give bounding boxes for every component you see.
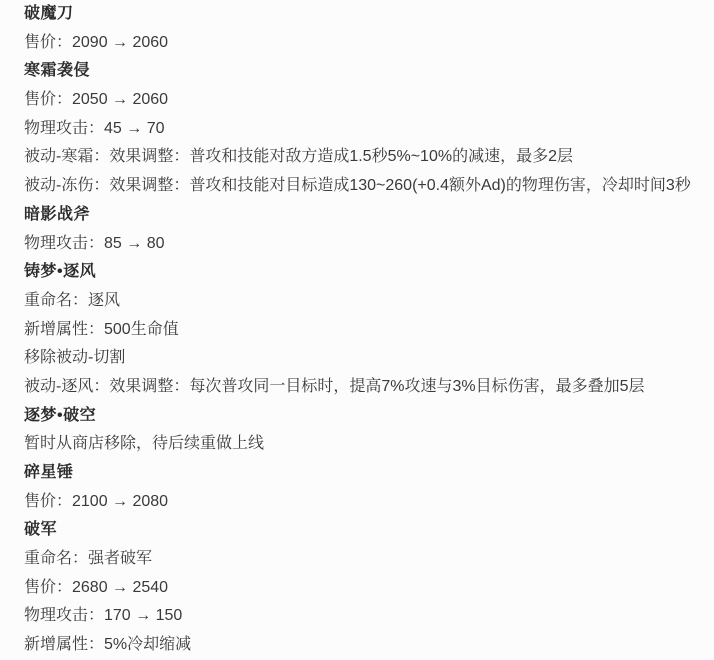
item-title: 寒霜袭侵 — [24, 57, 706, 86]
item-change: 售价：2100 → 2080 — [24, 488, 706, 517]
item-change: 被动-寒霜：效果调整：普攻和技能对敌方造成1.5秒5%~10%的减速，最多2层 — [24, 143, 706, 172]
item-title: 逐梦•破空 — [24, 402, 706, 431]
item-change: 被动-逐风：效果调整：每次普攻同一目标时，提高7%攻速与3%目标伤害，最多叠加5… — [24, 373, 706, 402]
item-change: 重命名：逐风 — [24, 287, 706, 316]
item-change: 新增属性：500生命值 — [24, 316, 706, 345]
item-change: 移除被动-切割 — [24, 344, 706, 373]
item-change: 物理攻击：170 → 150 — [24, 602, 706, 631]
item-title: 破魔刀 — [24, 0, 706, 29]
item-change: 售价：2680 → 2540 — [24, 574, 706, 603]
item-title: 暗影战斧 — [24, 201, 706, 230]
item-change: 新增属性：5%冷却缩减 — [24, 631, 706, 660]
patch-notes-document: 破魔刀 售价：2090 → 2060 寒霜袭侵 售价：2050 → 2060 物… — [0, 0, 714, 660]
item-change: 暂时从商店移除，待后续重做上线 — [24, 430, 706, 459]
item-title: 碎星锤 — [24, 459, 706, 488]
item-title: 破军 — [24, 516, 706, 545]
item-change: 物理攻击：85 → 80 — [24, 230, 706, 259]
item-change: 售价：2050 → 2060 — [24, 86, 706, 115]
item-title: 铸梦•逐风 — [24, 258, 706, 287]
item-change: 重命名：强者破军 — [24, 545, 706, 574]
item-change: 被动-冻伤：效果调整：普攻和技能对目标造成130~260(+0.4额外Ad)的物… — [24, 172, 706, 201]
item-change: 售价：2090 → 2060 — [24, 29, 706, 58]
item-change: 物理攻击：45 → 70 — [24, 115, 706, 144]
